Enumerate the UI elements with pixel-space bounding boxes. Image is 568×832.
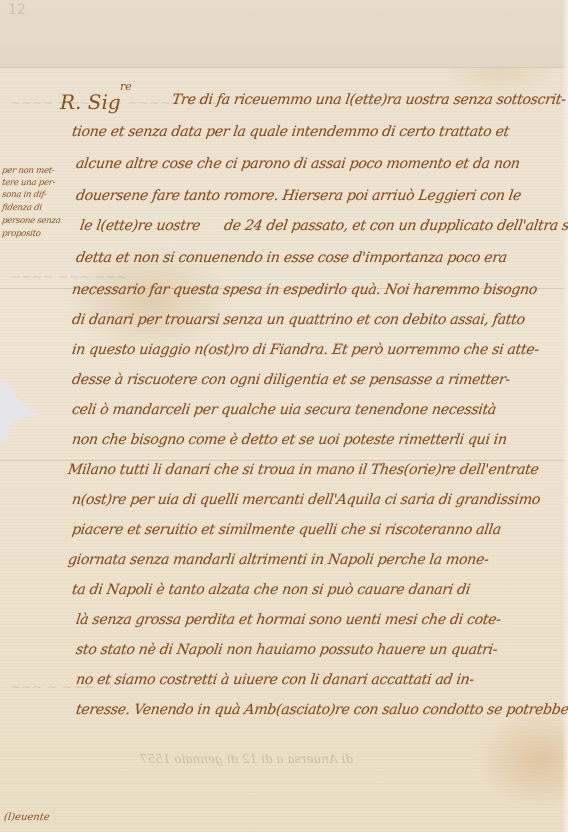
letter-line: giornata senza mandarli altrimenti in Na… — [67, 552, 490, 568]
margin-note-line: fidenza di — [1, 203, 42, 213]
letter-line: in questo uiaggio n(ost)ro di Fiandra. E… — [71, 342, 540, 358]
letter-line: alcune altre cose che ci parono di assai… — [75, 156, 521, 172]
catchword: (l)euente — [3, 812, 50, 823]
letter-line: piacere et seruitio et similmente quelli… — [71, 522, 502, 538]
letter-line: tione et senza data per la quale intende… — [71, 124, 510, 140]
margin-note-line: sona in dif- — [1, 190, 47, 200]
letter-line: teresse. Venendo in quà Amb(asciato)re c… — [75, 702, 568, 718]
letter-line: non che bisogno come è detto et se uoi p… — [71, 432, 508, 448]
letter-line: no et siamo costretti à uiuere con li da… — [75, 672, 475, 688]
letter-line: celi ò mandarceli per qualche uia secura… — [71, 402, 497, 418]
letter-line: necessario far questa spesa in espedirlo… — [71, 282, 538, 298]
manuscript-page: 12 ~~~~ ~~~~~~ ~~~~~ ~~~~ ~~~~ ~~~ ~~~ ~… — [0, 0, 568, 832]
letter-line: sto stato nè di Napoli non hauiamo possu… — [75, 642, 498, 658]
letter-line: là senza grossa perdita et hormai sono u… — [75, 612, 502, 628]
letter-line: detta et non si conuenendo in esse cose … — [75, 250, 508, 266]
letter-line: Tre di fa riceuemmo una l(ette)ra uostra… — [171, 92, 567, 108]
margin-note-line: persone senza — [1, 216, 61, 226]
torn-left-edge — [0, 382, 40, 442]
faint-page-number: 12 — [8, 2, 26, 18]
salutation-superscript: re — [120, 80, 132, 93]
margin-note-line: proposito — [1, 229, 41, 239]
reverse-inscription: di Anuersa a di 12 di gennaio 1557 — [140, 752, 353, 766]
letter-line: ta di Napoli è tanto alzata che non si p… — [71, 582, 471, 598]
letter-line: n(ost)re per uia di quelli mercanti dell… — [71, 492, 541, 508]
letter-line: douersene fare tanto romore. Hiersera po… — [75, 188, 522, 204]
fold-crease — [0, 460, 568, 461]
margin-note-line: per non met- — [1, 166, 55, 176]
letter-line: de 24 del passato, et con un dupplicato … — [223, 218, 568, 234]
margin-note-line: tere una per- — [1, 178, 55, 188]
folded-top-band — [0, 0, 568, 68]
letter-line: Milano tutti li danari che si troua in m… — [67, 462, 540, 478]
letter-line: le l(ette)re uostre — [79, 218, 201, 234]
letter-line: desse à riscuotere con ogni diligentia e… — [71, 372, 511, 388]
salutation: R. Sig — [60, 90, 121, 114]
letter-line: di danari per trouarsi senza un quattrin… — [71, 312, 526, 328]
